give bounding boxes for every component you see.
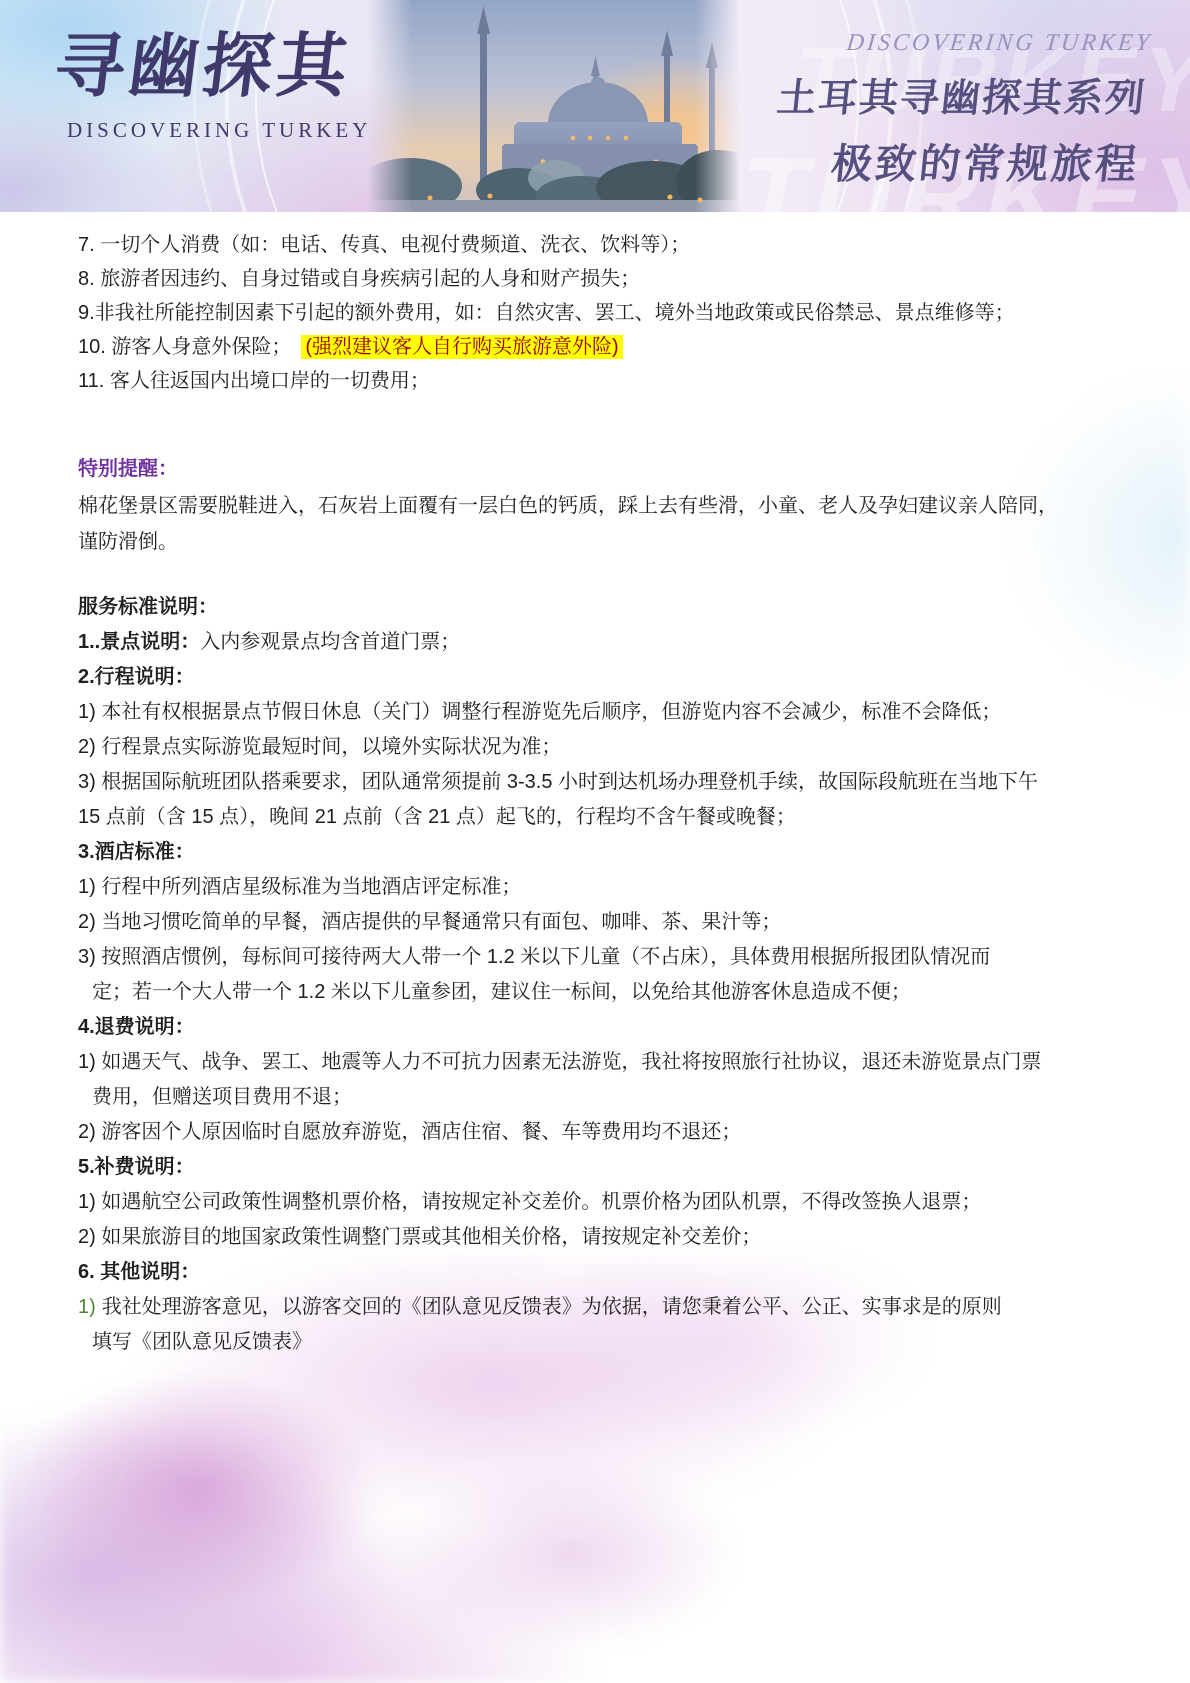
special-reminder-title: 特别提醒： — [78, 452, 1118, 486]
special-reminder-line1: 棉花堡景区需要脱鞋进入，石灰岩上面覆有一层白色的钙质，踩上去有些滑，小童、老人及… — [78, 488, 1118, 524]
standards-refund-label: 4.退费说明： — [78, 1010, 1118, 1045]
standards-surcharge-label: 5.补费说明： — [78, 1150, 1118, 1185]
series-title-line2: 极致的常规旅程 — [768, 131, 1143, 190]
document-page: TURKEY TURKEY 寻幽探其 DISCOVERING TURKEY DI… — [0, 0, 1190, 1683]
fee-exclusions-list: 7. 一切个人消费（如：电话、传真、电视付费频道、洗衣、饮料等）； 8. 旅游者… — [78, 228, 1118, 398]
standards-other-label: 6. 其他说明： — [78, 1255, 1118, 1290]
hotel-item-3-line2: 定；若一个大人带一个 1.2 米以下儿童参团，建议住一标间，以免给其他游客休息造… — [78, 975, 1118, 1010]
standards-attractions-label: 1..景点说明： — [78, 631, 200, 653]
series-tagline-english: DISCOVERING TURKEY — [782, 30, 1154, 57]
refund-item-2: 2) 游客因个人原因临时自愿放弃游览，酒店住宿、餐、车等费用均不退还； — [78, 1115, 1118, 1150]
itinerary-item-2: 2) 行程景点实际游览最短时间，以境外实际状况为准； — [78, 730, 1118, 765]
itinerary-item-3-line1: 3) 根据国际航班团队搭乘要求，团队通常须提前 3-3.5 小时到达机场办理登机… — [78, 765, 1118, 800]
header-series-title-block: DISCOVERING TURKEY 土耳其寻幽探其系列 极致的常规旅程 — [768, 30, 1154, 190]
exclusion-item-10-text: 10. 游客人身意外保险； — [78, 336, 291, 358]
special-reminder-section: 特别提醒： 棉花堡景区需要脱鞋进入，石灰岩上面覆有一层白色的钙质，踩上去有些滑，… — [78, 452, 1118, 560]
surcharge-item-2: 2) 如果旅游目的地国家政策性调整门票或其他相关价格，请按规定补交差价； — [78, 1220, 1118, 1255]
standards-attractions: 1..景点说明：入内参观景点均含首道门票； — [78, 625, 1118, 660]
other-item-1-line1: 1)我社处理游客意见，以游客交回的《团队意见反馈表》为依据，请您秉着公平、公正、… — [78, 1290, 1118, 1325]
surcharge-item-1: 1) 如遇航空公司政策性调整机票价格，请按规定补交差价。机票价格为团队机票，不得… — [78, 1185, 1118, 1220]
brand-logo-chinese: 寻幽探其 — [50, 30, 375, 104]
exclusion-item-11: 11. 客人往返国内出境口岸的一切费用； — [78, 364, 1118, 398]
service-standards-section: 服务标准说明： 1..景点说明：入内参观景点均含首道门票； 2.行程说明： 1)… — [78, 590, 1118, 1360]
other-item-1-line2: 填写《团队意见反馈表》 — [78, 1325, 1118, 1360]
hotel-item-3-line1: 3) 按照酒店惯例，每标间可接待两大人带一个 1.2 米以下儿童（不占床），具体… — [78, 940, 1118, 975]
hotel-item-2: 2) 当地习惯吃简单的早餐，酒店提供的早餐通常只有面包、咖啡、茶、果汁等； — [78, 905, 1118, 940]
insurance-advice-highlight: (强烈建议客人自行购买旅游意外险) — [301, 335, 622, 359]
exclusion-item-8: 8. 旅游者因违约、自身过错或自身疾病引起的人身和财产损失； — [78, 262, 1118, 296]
exclusion-item-10: 10. 游客人身意外保险；(强烈建议客人自行购买旅游意外险) — [78, 330, 1118, 364]
document-body: 7. 一切个人消费（如：电话、传真、电视付费频道、洗衣、饮料等）； 8. 旅游者… — [78, 228, 1118, 1360]
series-title-line1: 土耳其寻幽探其系列 — [775, 67, 1150, 123]
standards-attractions-text: 入内参观景点均含首道门票； — [200, 631, 460, 653]
refund-item-1-line2: 费用，但赠送项目费用不退； — [78, 1080, 1118, 1115]
itinerary-item-1: 1) 本社有权根据景点节假日休息（关门）调整行程游览先后顺序，但游览内容不会减少… — [78, 695, 1118, 730]
special-reminder-line2: 谨防滑倒。 — [78, 524, 1118, 560]
standards-itinerary-label: 2.行程说明： — [78, 660, 1118, 695]
hagia-sophia-photo — [368, 0, 740, 212]
standards-hotel-label: 3.酒店标准： — [78, 835, 1118, 870]
hotel-item-1: 1) 行程中所列酒店星级标准为当地酒店评定标准； — [78, 870, 1118, 905]
refund-item-1-line1: 1) 如遇天气、战争、罢工、地震等人力不可抗力因素无法游览，我社将按照旅行社协议… — [78, 1045, 1118, 1080]
service-standards-title: 服务标准说明： — [78, 590, 1118, 625]
other-item-number: 1) — [78, 1296, 96, 1318]
exclusion-item-7: 7. 一切个人消费（如：电话、传真、电视付费频道、洗衣、饮料等）； — [78, 228, 1118, 262]
exclusion-item-9: 9.非我社所能控制因素下引起的额外费用，如：自然灾害、罢工、境外当地政策或民俗禁… — [78, 296, 1118, 330]
brand-logo: 寻幽探其 DISCOVERING TURKEY — [55, 30, 371, 143]
other-item-text: 我社处理游客意见，以游客交回的《团队意见反馈表》为依据，请您秉着公平、公正、实事… — [102, 1296, 1002, 1318]
itinerary-item-3-line2: 15 点前（含 15 点），晚间 21 点前（含 21 点）起飞的，行程均不含午… — [78, 800, 1118, 835]
header-banner: TURKEY TURKEY 寻幽探其 DISCOVERING TURKEY DI… — [0, 0, 1190, 212]
brand-logo-english: DISCOVERING TURKEY — [55, 118, 371, 143]
